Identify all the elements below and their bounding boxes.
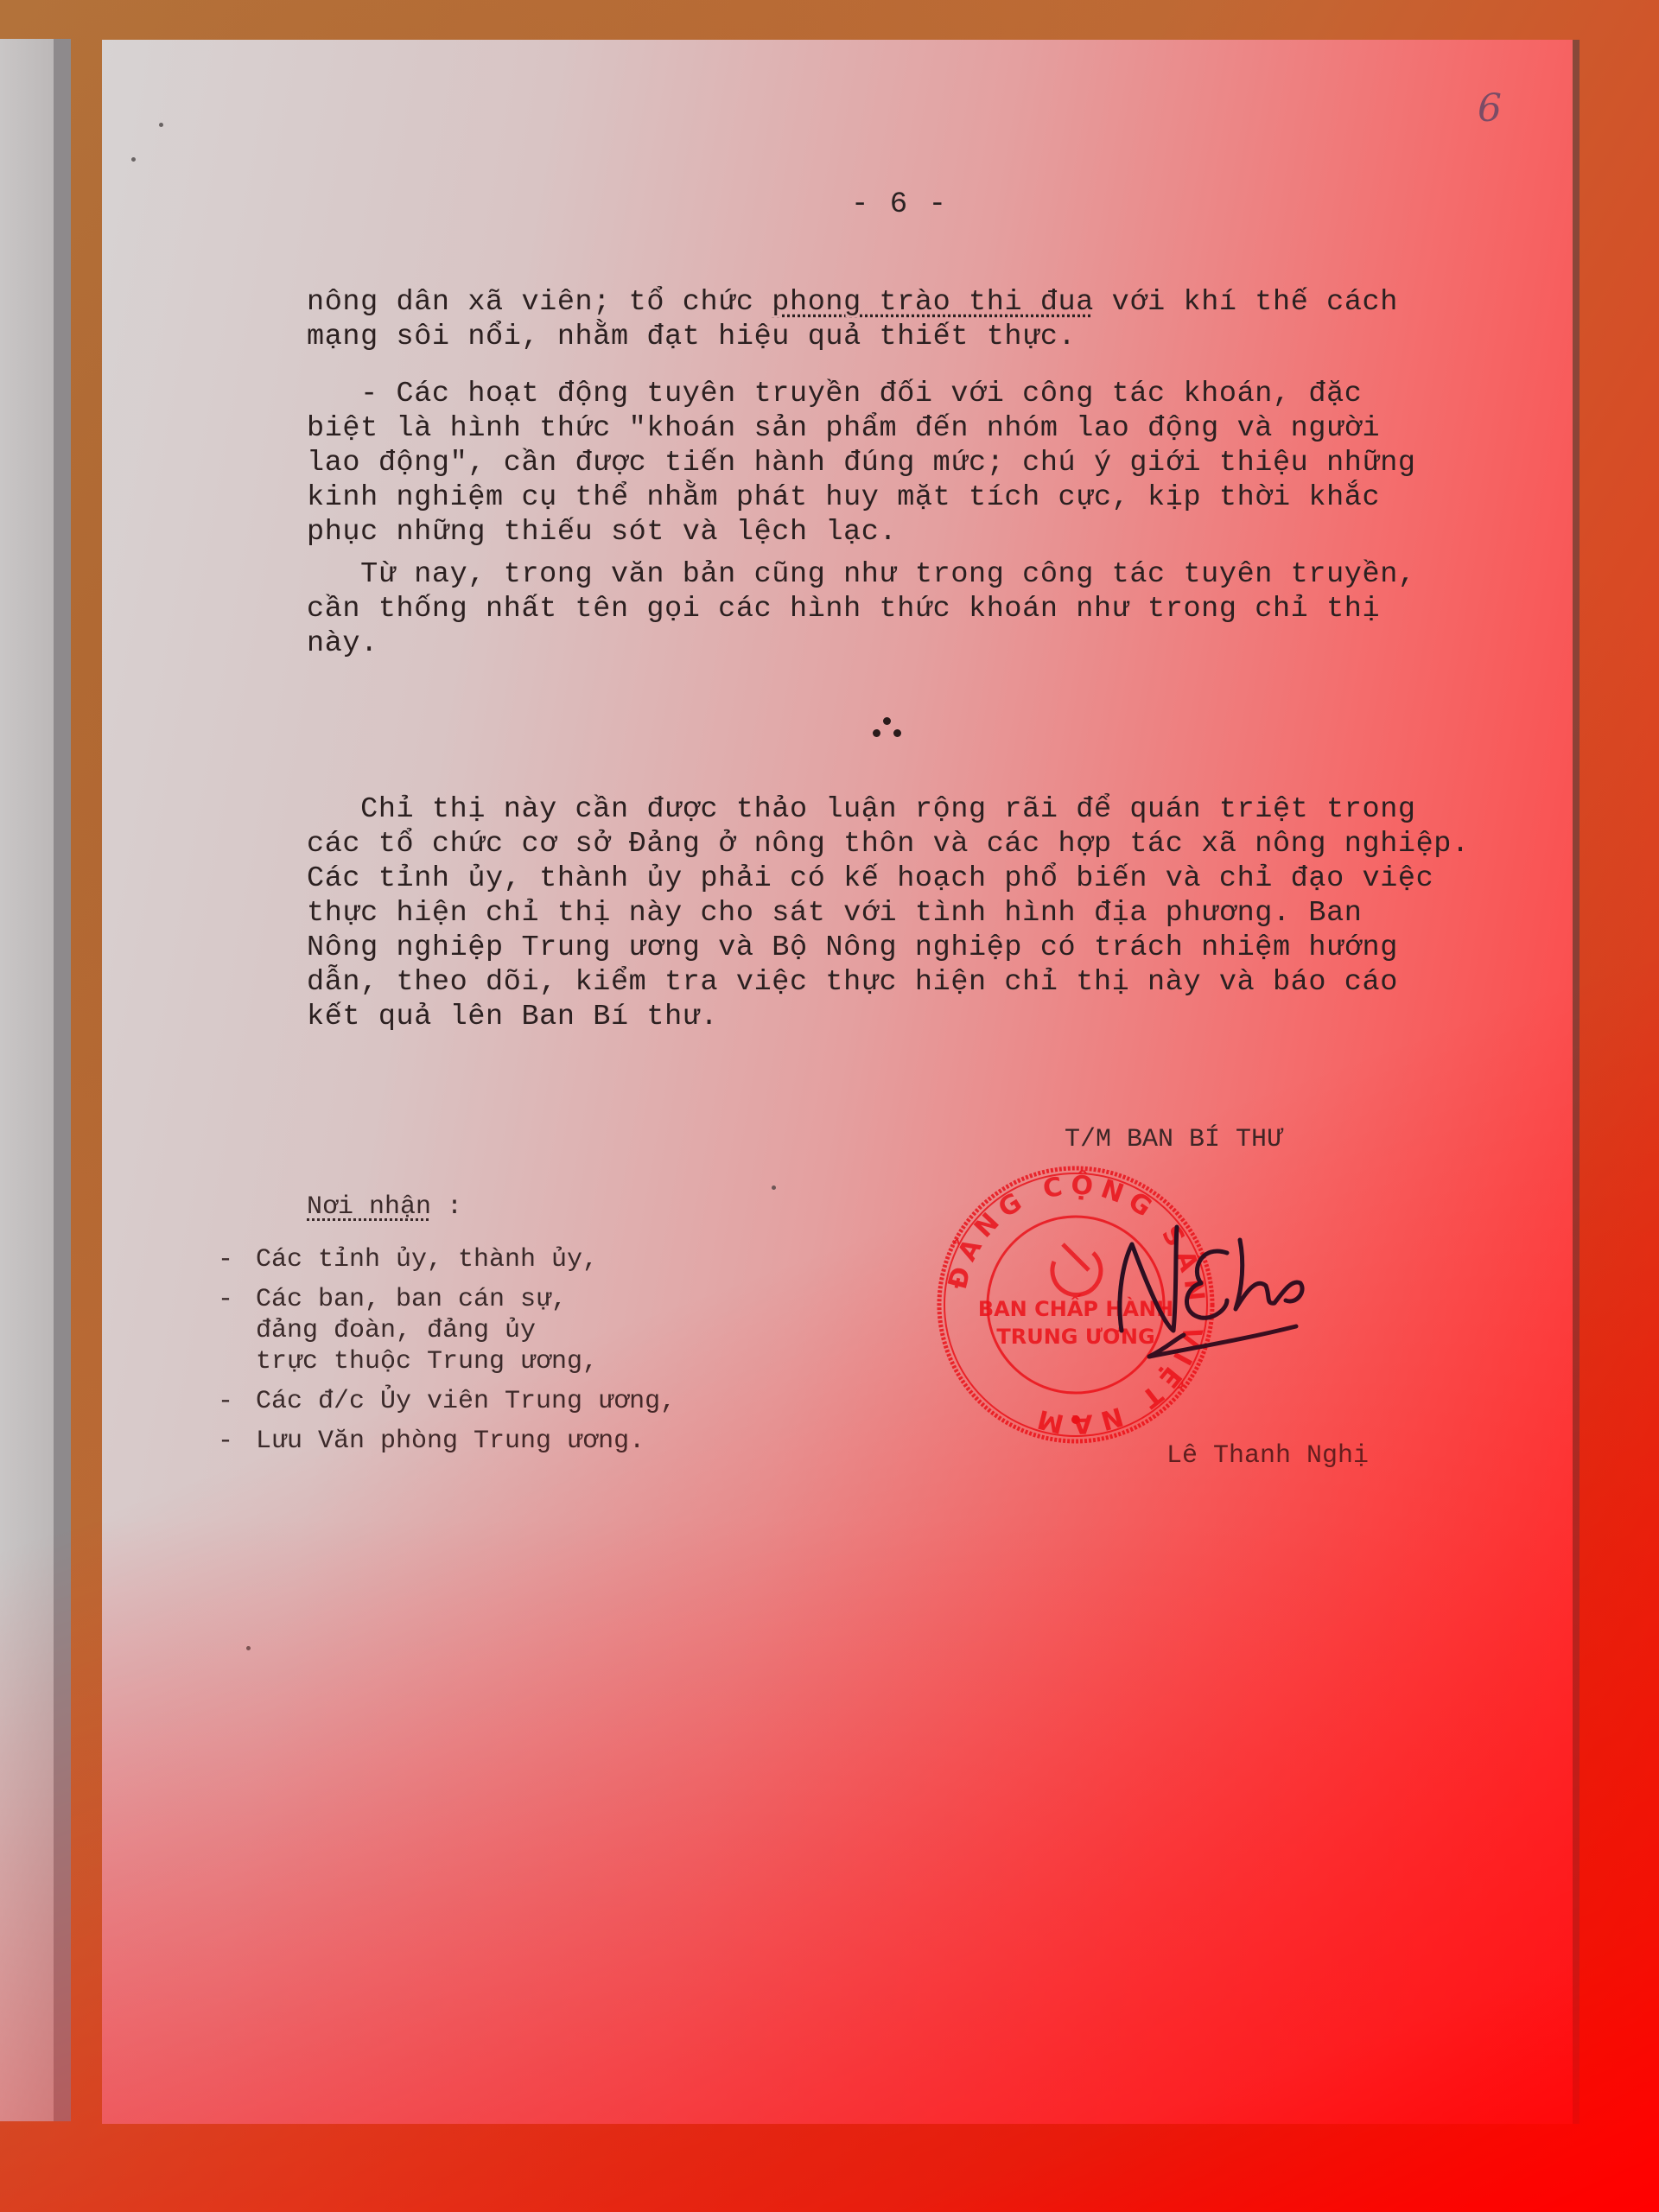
paragraph-2: - Các hoạt động tuyên truyền đối với côn… [307,377,1416,550]
underlined-phrase: phong trào thi đua [772,286,1094,319]
text-line: lao động", cần được tiến hành đúng mức; … [307,446,1416,480]
paragraph-3: Từ nay, trong văn bản cũng như trong côn… [307,557,1416,661]
recipients-list: -Các tỉnh ủy, thành ủy,-Các ban, ban cán… [218,1244,676,1465]
recipient-item: -Các ban, ban cán sự, đảng đoàn, đảng ủy… [218,1284,676,1377]
text-line: kinh nghiệm cụ thể nhằm phát huy mặt tíc… [307,480,1416,515]
text-line: Chỉ thị này cần được thảo luận rộng rãi … [307,792,1470,827]
signature-title: T/M BAN BÍ THƯ [1065,1125,1282,1154]
paper-speck [131,157,136,162]
text-line: - Các hoạt động tuyên truyền đối với côn… [307,377,1416,411]
list-dash: - [218,1284,256,1377]
recipient-text: Lưu Văn phòng Trung ương. [256,1426,645,1457]
adjacent-page-left [0,39,54,2121]
text-line: này. [307,626,1416,661]
recipient-text: Các ban, ban cán sự, đảng đoàn, đảng ủy … [256,1284,598,1377]
section-separator-dots [864,715,916,741]
text-line: nông dân xã viên; tổ chức phong trào thi… [307,285,1398,320]
adjacent-page-edge [54,39,71,2121]
list-dash: - [218,1386,256,1417]
text-line: Các tỉnh ủy, thành ủy phải có kế hoạch p… [307,861,1470,896]
signer-name: Lê Thanh Nghị [1166,1441,1369,1471]
recipients-title-text: Nơi nhận [307,1192,431,1222]
page-number: - 6 - [851,188,948,221]
text-line: dẫn, theo dõi, kiểm tra việc thực hiện c… [307,965,1470,1000]
text-line: biệt là hình thức "khoán sản phẩm đến nh… [307,411,1416,446]
recipient-item: -Các tỉnh ủy, thành ủy, [218,1244,676,1275]
text-line: kết quả lên Ban Bí thư. [307,1000,1470,1034]
recipients-title: Nơi nhận : [307,1192,462,1222]
hammer-sickle-icon [1052,1244,1101,1295]
handwritten-page-number: 6 [1478,86,1502,130]
recipient-item: -Các đ/c Ủy viên Trung ương, [218,1386,676,1417]
text-line: các tổ chức cơ sở Đảng ở nông thôn và cá… [307,827,1470,861]
paper-speck [159,123,163,127]
list-dash: - [218,1426,256,1457]
recipient-item: -Lưu Văn phòng Trung ương. [218,1426,676,1457]
text-line: thực hiện chỉ thị này cho sát với tình h… [307,896,1470,931]
text-line: Nông nghiệp Trung ương và Bộ Nông nghiệp… [307,931,1470,965]
handwritten-signature: NEho [1097,1218,1357,1365]
text-line: phục những thiếu sót và lệch lạc. [307,515,1416,550]
paper-speck [246,1646,251,1650]
paragraph-1: nông dân xã viên; tổ chức phong trào thi… [307,285,1398,354]
text-line: cần thống nhất tên gọi các hình thức kho… [307,592,1416,626]
stamp-star-icon [1071,1415,1080,1424]
paragraph-4: Chỉ thị này cần được thảo luận rộng rãi … [307,792,1470,1034]
text-line: mạng sôi nổi, nhằm đạt hiệu quả thiết th… [307,320,1398,354]
recipient-text: Các đ/c Ủy viên Trung ương, [256,1386,676,1417]
list-dash: - [218,1244,256,1275]
paper-speck [772,1185,776,1190]
recipient-text: Các tỉnh ủy, thành ủy, [256,1244,598,1275]
text-line: Từ nay, trong văn bản cũng như trong côn… [307,557,1416,592]
